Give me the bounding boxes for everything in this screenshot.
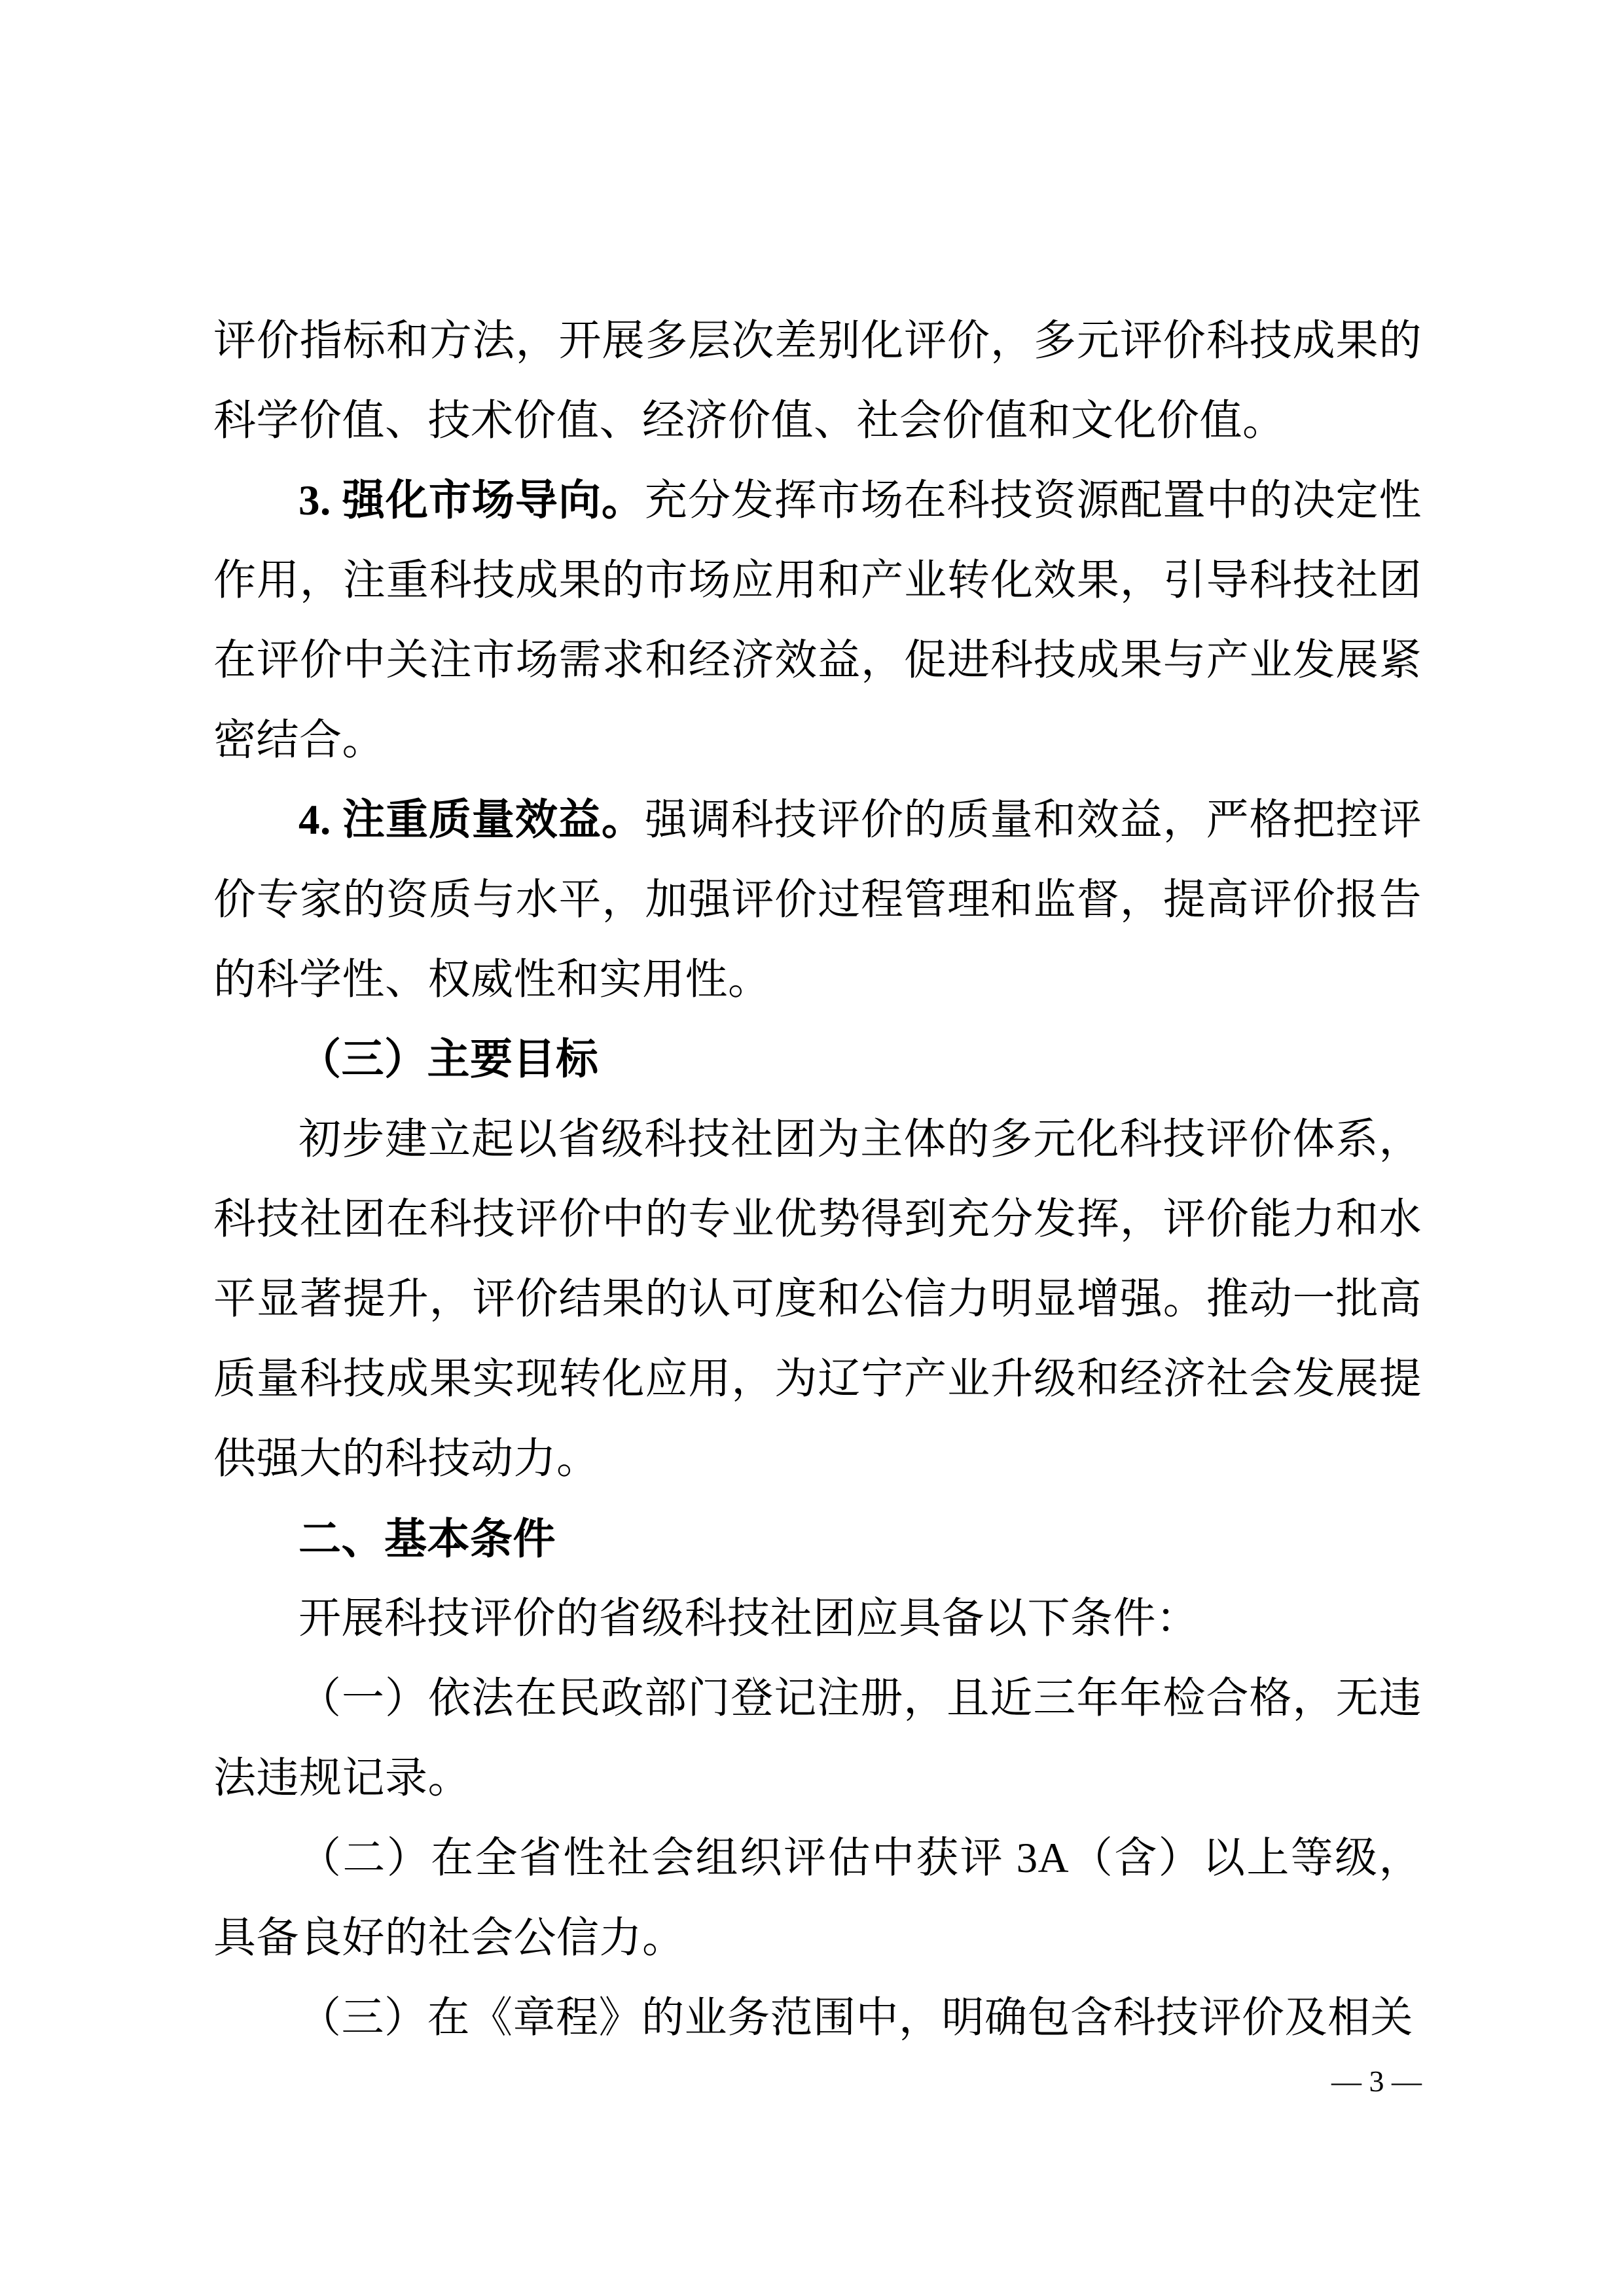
paragraph-text: （二）在全省性社会组织评估中获评 3A（含）以上等级，具备良好的社会公信力。 (213, 1835, 1422, 1962)
paragraph-text: （三）在《章程》的业务范围中，明确包含科技评价及相关 (298, 1994, 1413, 2042)
paragraph-condition-3: （三）在《章程》的业务范围中，明确包含科技评价及相关 (213, 1978, 1422, 2058)
paragraph-text: 评价指标和方法，开展多层次差别化评价，多元评价科技成果的科学价值、技术价值、经济… (213, 317, 1422, 444)
paragraph-bold-lead: 4. 注重质量效益。 (298, 797, 645, 844)
section-heading-basic-conditions: 二、基本条件 (213, 1499, 1422, 1579)
subsection-heading-main-goals: （三）主要目标 (213, 1020, 1422, 1100)
document-body: 评价指标和方法，开展多层次差别化评价，多元评价科技成果的科学价值、技术价值、经济… (213, 301, 1422, 2058)
paragraph-item-3-market-orientation: 3. 强化市场导向。充分发挥市场在科技资源配置中的决定性作用，注重科技成果的市场… (213, 461, 1422, 780)
paragraph-conditions-intro: 开展科技评价的省级科技社团应具备以下条件： (213, 1579, 1422, 1659)
paragraph-continuation: 评价指标和方法，开展多层次差别化评价，多元评价科技成果的科学价值、技术价值、经济… (213, 301, 1422, 461)
paragraph-main-goals-body: 初步建立起以省级科技社团为主体的多元化科技评价体系，科技社团在科技评价中的专业优… (213, 1100, 1422, 1499)
paragraph-item-4-quality-benefit: 4. 注重质量效益。强调科技评价的质量和效益，严格把控评价专家的资质与水平，加强… (213, 780, 1422, 1020)
page-number: — 3 — (1331, 2064, 1422, 2098)
document-page: 评价指标和方法，开展多层次差别化评价，多元评价科技成果的科学价值、技术价值、经济… (0, 0, 1624, 2289)
paragraph-condition-2: （二）在全省性社会组织评估中获评 3A（含）以上等级，具备良好的社会公信力。 (213, 1818, 1422, 1978)
paragraph-condition-1: （一）依法在民政部门登记注册，且近三年年检合格，无违法违规记录。 (213, 1659, 1422, 1818)
paragraph-text: 初步建立起以省级科技社团为主体的多元化科技评价体系，科技社团在科技评价中的专业优… (213, 1116, 1422, 1483)
paragraph-bold-lead: 3. 强化市场导向。 (298, 477, 645, 524)
paragraph-text: 开展科技评价的省级科技社团应具备以下条件： (298, 1595, 1199, 1642)
paragraph-text: （一）依法在民政部门登记注册，且近三年年检合格，无违法违规记录。 (213, 1675, 1422, 1802)
page-footer: — 3 — (213, 2062, 1422, 2101)
heading-text: 二、基本条件 (298, 1515, 556, 1562)
heading-text: （三）主要目标 (298, 1036, 599, 1083)
